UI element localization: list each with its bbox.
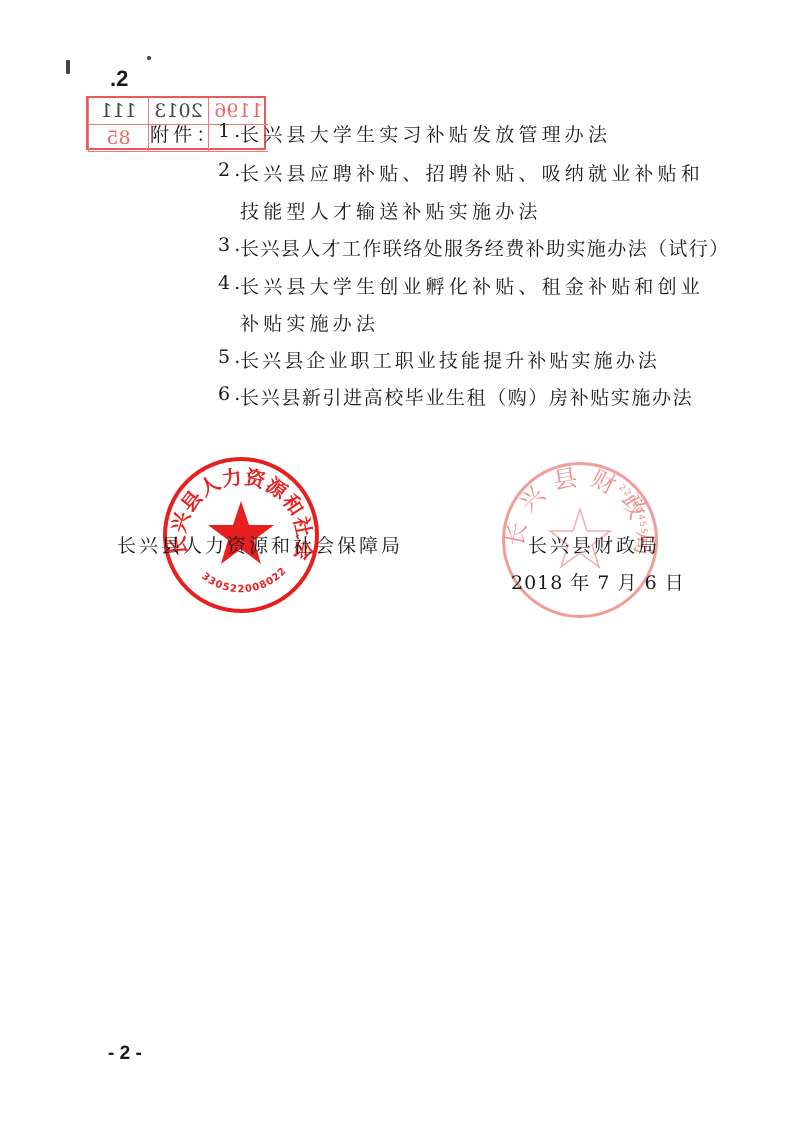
attachment-item-5: 长兴县企业职工职业技能提升补贴实施办法 xyxy=(240,346,660,373)
attachment-item-4-cont: 补贴实施办法 xyxy=(240,309,379,336)
reg-cell: 111 xyxy=(88,98,148,125)
attachment-item-2-cont: 技能型人才输送补贴实施办法 xyxy=(240,197,542,224)
attachment-item-6: 长兴县新引进高校毕业生租（购）房补贴实施办法 xyxy=(240,383,693,410)
attachment-item-2: 长兴县应聘补贴、招聘补贴、吸纳就业补贴和 xyxy=(240,159,704,186)
scan-speck xyxy=(66,60,70,74)
page-number: - 2 - xyxy=(108,1043,142,1065)
scan-speck xyxy=(147,56,151,60)
top-page-mark: .2 xyxy=(110,66,128,92)
attachment-item-1: 长兴县大学生实习补贴发放管理办法 xyxy=(240,120,611,147)
issue-date: 2018 年 7 月 6 日 xyxy=(511,568,685,595)
attachment-item-4: 长兴县大学生创业孵化补贴、租金补贴和创业 xyxy=(240,272,704,299)
reg-cell: 85 xyxy=(88,125,148,152)
finance-organization-name: 长兴县财政局 xyxy=(528,531,660,558)
hrss-organization-name: 长兴县人力资源和社会保障局 xyxy=(117,531,403,558)
attachments-label: 附件： xyxy=(150,120,220,147)
attachment-item-3: 长兴县人才工作联络处服务经费补助实施办法（试行） xyxy=(240,234,730,261)
